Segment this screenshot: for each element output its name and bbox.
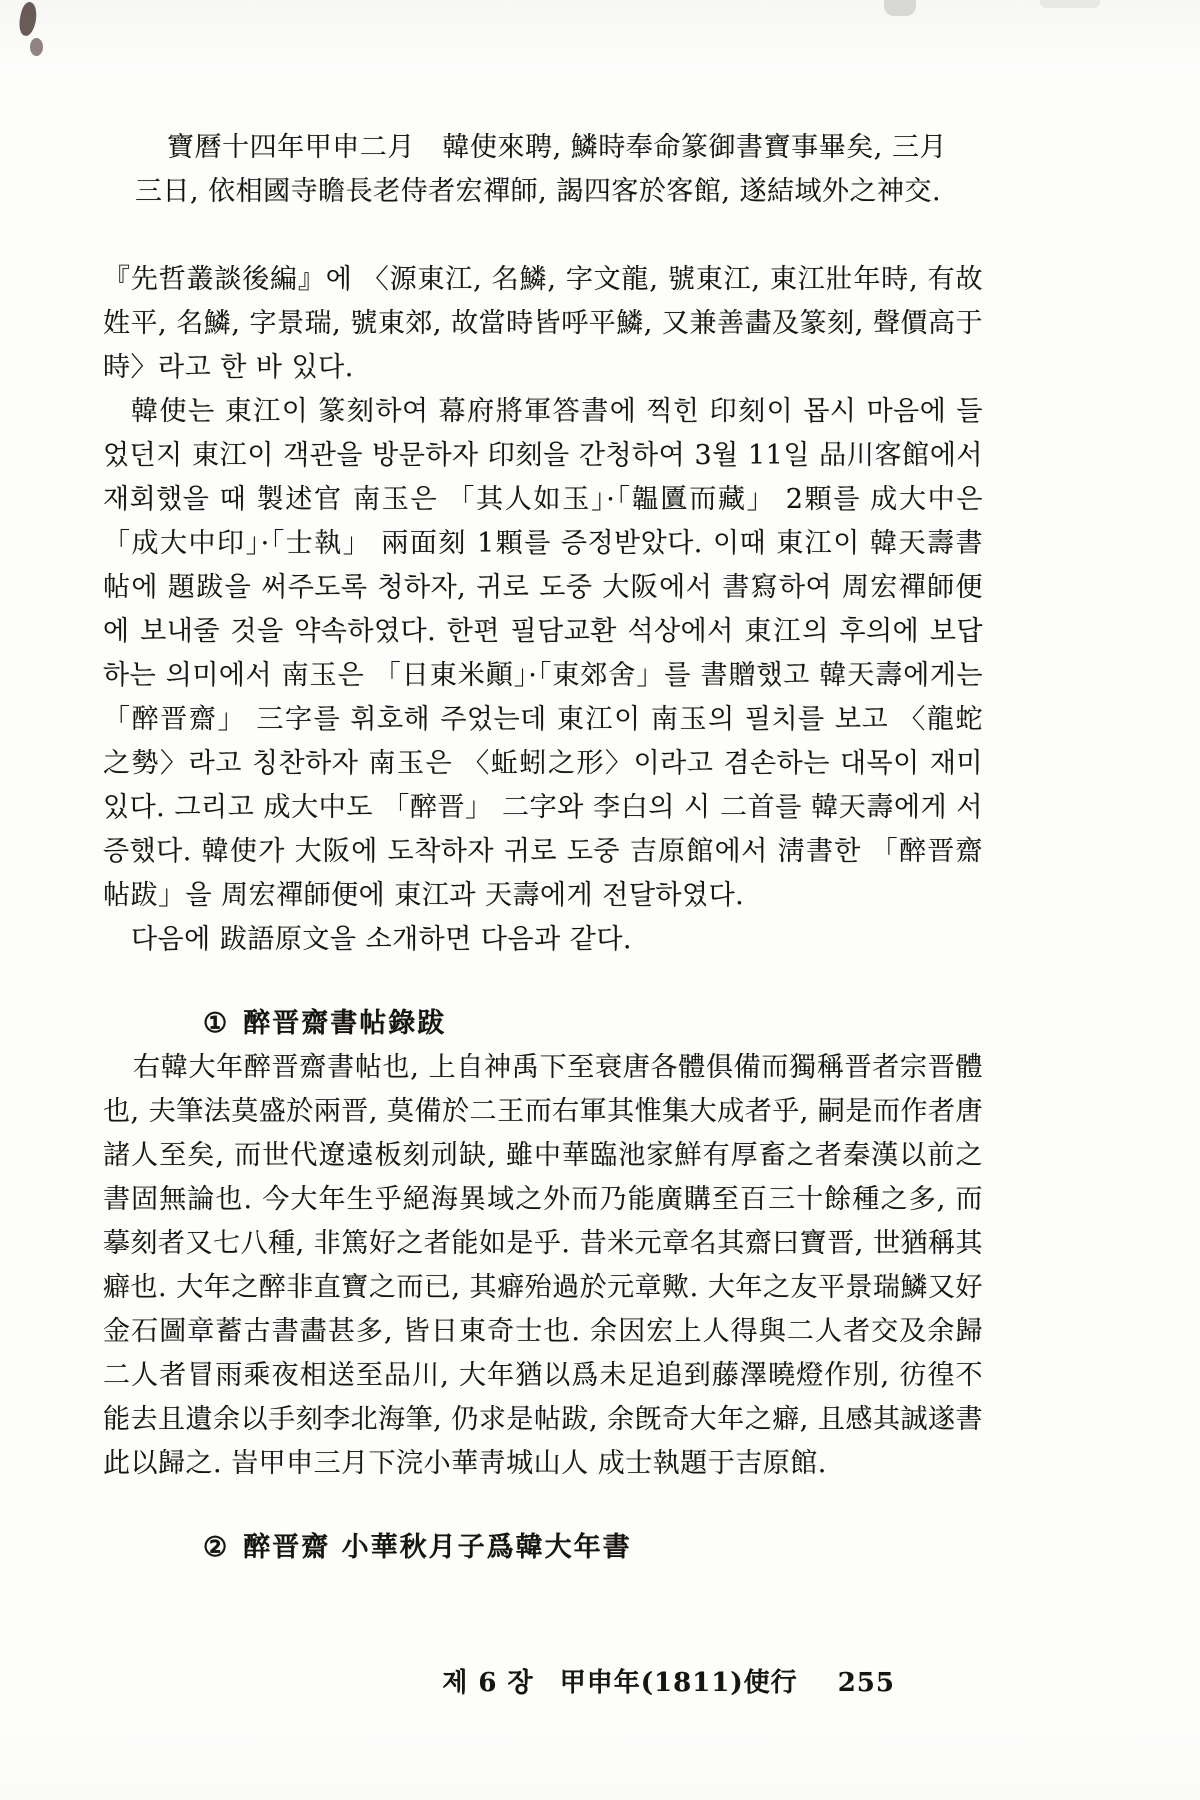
footer-chapter-title: 甲申年(1811)使行 <box>560 1668 798 1698</box>
book-page-scan: 寶曆十四年甲申二月 韓使來聘, 鱗時奉命篆御書寶事畢矣, 三月三日, 依相國寺瞻… <box>0 0 1200 1800</box>
section-1-number: ① <box>203 1008 229 1039</box>
section-1-title: 醉晋齋書帖錄跋 <box>243 1008 446 1039</box>
page-text-block: 寶曆十四年甲申二月 韓使來聘, 鱗時奉命篆御書寶事畢矣, 三月三日, 依相國寺瞻… <box>103 126 983 1570</box>
footer-chapter-label: 제 6 장 <box>442 1668 533 1698</box>
footer-page-number: 255 <box>838 1668 895 1698</box>
opening-classical-quote: 寶曆十四年甲申二月 韓使來聘, 鱗時奉命篆御書寶事畢矣, 三月三日, 依相國寺瞻… <box>135 126 947 214</box>
section-2-title: 醉晋齋 小華秋月子爲韓大年書 <box>243 1532 631 1563</box>
scan-artifact-top-right <box>1040 0 1100 8</box>
section-2-number: ② <box>203 1532 229 1563</box>
paragraph-hansa-narrative: 韓使는 東江이 篆刻하여 幕府將軍答書에 찍힌 印刻이 몹시 마음에 들었던지 … <box>103 390 983 918</box>
page-footer: 제 6 장 甲申年(1811)使行 255 <box>442 1662 895 1699</box>
scan-artifact-top-left-2 <box>30 38 43 56</box>
section-2-heading: ②醉晋齋 小華秋月子爲韓大年書 <box>203 1526 983 1570</box>
paragraph-intro-to-original-text: 다음에 跋語原文을 소개하면 다음과 같다. <box>103 918 983 962</box>
section-1-heading: ①醉晋齋書帖錄跋 <box>203 1002 983 1046</box>
scan-artifact-top-left-1 <box>17 1 39 37</box>
paragraph-seoncheol-chongdam: 『先哲叢談後編』에 〈源東江, 名鱗, 字文龍, 號東江, 東江壯年時, 有故姓… <box>103 258 983 390</box>
section-1-body-classical-text: 右韓大年醉晋齋書帖也, 上自神禹下至衰唐各體俱備而獨稱晋者宗晋體也, 夫筆法莫盛… <box>103 1046 983 1486</box>
scan-artifact-top-middle <box>884 0 916 16</box>
